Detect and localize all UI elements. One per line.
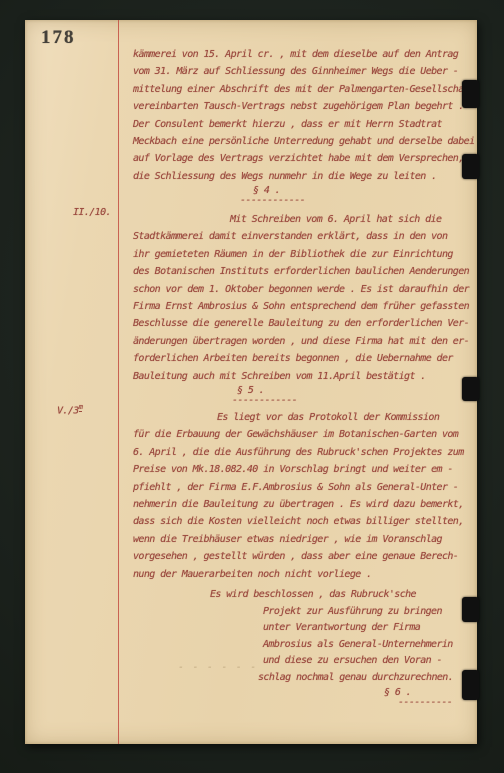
decision-line: schlag nochmal genau durchzurechnen.	[258, 672, 453, 683]
text-line: forderlichen Arbeiten bereits begonnen ,…	[133, 350, 469, 367]
text-line: Meckbach eine persönliche Unterredung ge…	[133, 133, 475, 150]
text-line: änderungen übertragen worden , und diese…	[133, 333, 469, 350]
scan-clip-mark	[462, 597, 479, 622]
scan-background: 178 II./10. V./3m kämmerei von 15. April…	[0, 0, 504, 773]
text-line: vorgesehen , gestellt würden , dass aber…	[133, 548, 464, 565]
margin-note: II./10.	[73, 207, 111, 218]
page-number: 178	[41, 27, 76, 49]
text-line: für die Erbauung der Gewächshäuser im Bo…	[133, 426, 464, 443]
text-line: Bauleitung auch mit Schreiben vom 11.Apr…	[133, 368, 469, 385]
text-line: Beschlusse die generelle Bauleitung zu d…	[133, 315, 469, 332]
text-line: nehmerin die Bauleitung zu übertragen . …	[133, 496, 464, 513]
scan-clip-mark	[462, 377, 479, 401]
section-rule: ------------	[240, 195, 305, 206]
decision-line: Projekt zur Ausführung zu bringen	[263, 606, 442, 617]
text-line: kämmerei von 15. April cr. , mit dem die…	[133, 46, 475, 63]
text-line: auf Vorlage des Vertrags verzichtet habe…	[133, 150, 475, 167]
text-line: 6. April , die die Ausführung des Rubruc…	[133, 444, 464, 461]
text-line: ihr gemieteten Räumen in der Bibliothek …	[133, 246, 469, 263]
text-line: pfiehlt , der Firma E.F.Ambrosius & Sohn…	[133, 479, 464, 496]
text-line: nung der Mauerarbeiten noch nicht vorlie…	[133, 566, 464, 583]
scan-clip-mark	[462, 80, 479, 108]
text-line: Firma Ernst Ambrosius & Sohn entsprechen…	[133, 298, 469, 315]
scan-clip-mark	[462, 154, 479, 179]
text-line: wenn die Treibhäuser etwas niedriger , w…	[133, 531, 464, 548]
paragraph: Es liegt vor das Protokoll der Kommissio…	[133, 409, 464, 583]
text-line: die Schliessung des Wegs nunmehr in die …	[133, 168, 475, 185]
decision-line: und diese zu ersuchen den Voran -	[263, 655, 442, 666]
margin-note-superscript: m	[79, 403, 83, 412]
margin-rule	[118, 20, 119, 744]
faint-dash-artifact: - - - - - -	[178, 662, 257, 673]
margin-note: V./3m	[57, 404, 82, 416]
paragraph: kämmerei von 15. April cr. , mit dem die…	[133, 46, 475, 185]
text-line: schon vor dem 1. Oktober begonnen werde …	[133, 281, 469, 298]
text-line: des Botanischen Instituts erforderlichen…	[133, 263, 469, 280]
text-line: Stadtkämmerei damit einverstanden erklär…	[133, 228, 469, 245]
text-line: mittelung einer Abschrift des mit der Pa…	[133, 81, 475, 98]
decision-line: Es wird beschlossen , das Rubruck'sche	[210, 589, 416, 600]
text-line: vereinbarten Tausch-Vertrags nebst zugeh…	[133, 98, 475, 115]
text-line: vom 31. März auf Schliessung des Ginnhei…	[133, 63, 475, 80]
section-rule: ------------	[232, 395, 297, 406]
text-line: Preise von Mk.18.082.40 in Vorschlag bri…	[133, 461, 464, 478]
text-line: Es liegt vor das Protokoll der Kommissio…	[133, 409, 464, 426]
text-line: Der Consulent bemerkt hierzu , dass er m…	[133, 116, 475, 133]
margin-note-base: V./3	[57, 405, 79, 416]
decision-line: unter Verantwortung der Firma	[263, 622, 420, 633]
paragraph: Mit Schreiben vom 6. April hat sich die …	[133, 211, 469, 385]
text-line: dass sich die Kosten vielleicht noch etw…	[133, 513, 464, 530]
section-rule: ----------	[398, 697, 452, 708]
text-line: Mit Schreiben vom 6. April hat sich die	[133, 211, 469, 228]
scan-clip-mark	[462, 670, 479, 700]
decision-line: Ambrosius als General-Unternehmerin	[263, 639, 453, 650]
